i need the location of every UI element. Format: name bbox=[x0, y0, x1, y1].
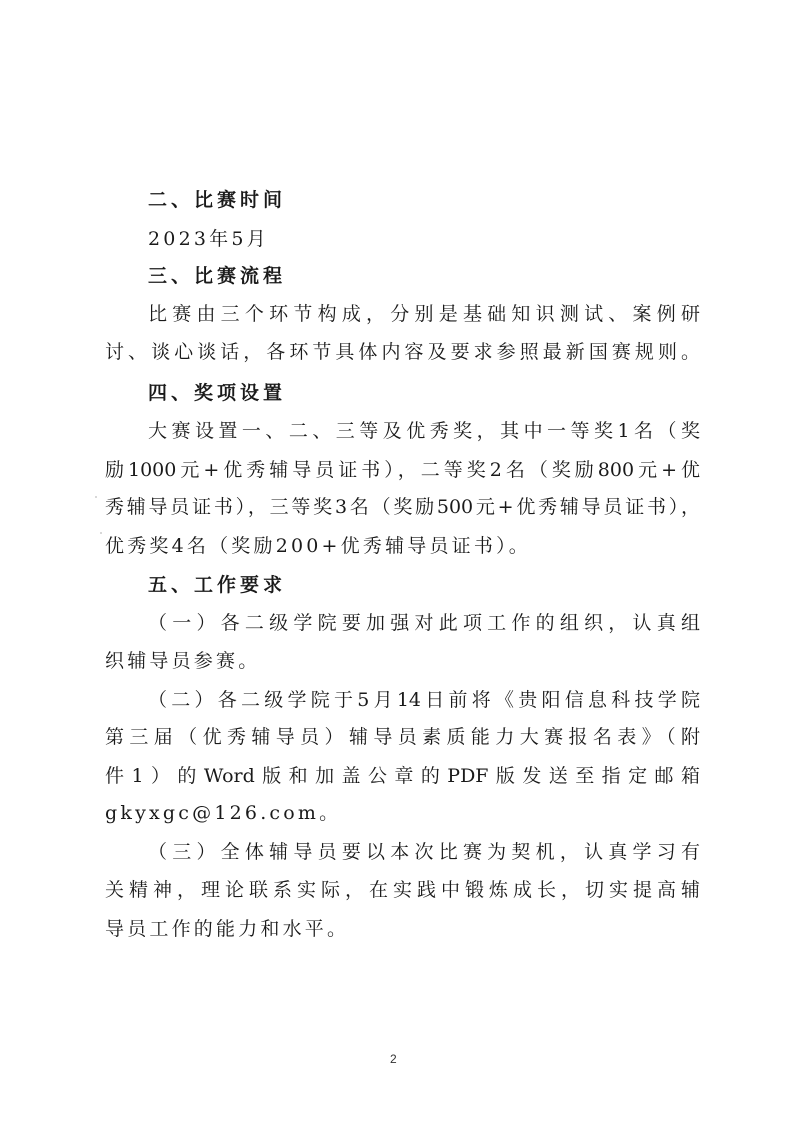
section-heading-work-requirements: 五、工作要求 bbox=[148, 573, 700, 597]
section-heading-competition-process: 三、比赛流程 bbox=[148, 264, 700, 288]
section-heading-competition-time: 二、比赛时间 bbox=[148, 188, 700, 212]
paragraph-line: 关精神，理论联系实际，在实践中锻炼成长，切实提高辅 bbox=[105, 878, 700, 902]
paragraph-line: （三）全体辅导员要以本次比赛为契机，认真学习有 bbox=[148, 840, 700, 864]
paragraph-line: 第三届（优秀辅导员）辅导员素质能力大赛报名表》（附 bbox=[105, 725, 700, 749]
competition-date: 2023年5月 bbox=[148, 227, 700, 251]
paragraph-line: 大赛设置一、二、三等及优秀奖，其中一等奖1名（奖 bbox=[148, 419, 700, 443]
paragraph-line: 优秀奖4名（奖励200+优秀辅导员证书）。 bbox=[105, 534, 700, 558]
paragraph-line: 导员工作的能力和水平。 bbox=[105, 917, 700, 941]
paragraph-line: 讨、谈心谈话，各环节具体内容及要求参照最新国赛规则。 bbox=[105, 340, 700, 364]
section-heading-awards: 四、奖项设置 bbox=[148, 381, 700, 405]
paragraph-line: （二）各二级学院于5月14日前将《贵阳信息科技学院 bbox=[148, 688, 700, 712]
scan-speck bbox=[95, 496, 97, 498]
scan-speck bbox=[100, 532, 102, 534]
paragraph-line: 励1000元+优秀辅导员证书），二等奖2名（奖励800元+优 bbox=[105, 458, 700, 482]
page-number: 2 bbox=[390, 1052, 397, 1066]
email-address: gkyxgc@126.com。 bbox=[105, 801, 700, 825]
document-page: 二、比赛时间 2023年5月 三、比赛流程 比赛由三个环节构成，分别是基础知识测… bbox=[0, 0, 793, 1122]
paragraph-line: 秀辅导员证书），三等奖3名（奖励500元+优秀辅导员证书）， bbox=[105, 495, 700, 519]
paragraph-line: 织辅导员参赛。 bbox=[105, 649, 700, 673]
paragraph-line: 件1）的Word版和加盖公章的PDF版发送至指定邮箱 bbox=[105, 764, 700, 788]
paragraph-line: 比赛由三个环节构成，分别是基础知识测试、案例研 bbox=[148, 302, 700, 326]
paragraph-line: （一）各二级学院要加强对此项工作的组织，认真组 bbox=[148, 611, 700, 635]
